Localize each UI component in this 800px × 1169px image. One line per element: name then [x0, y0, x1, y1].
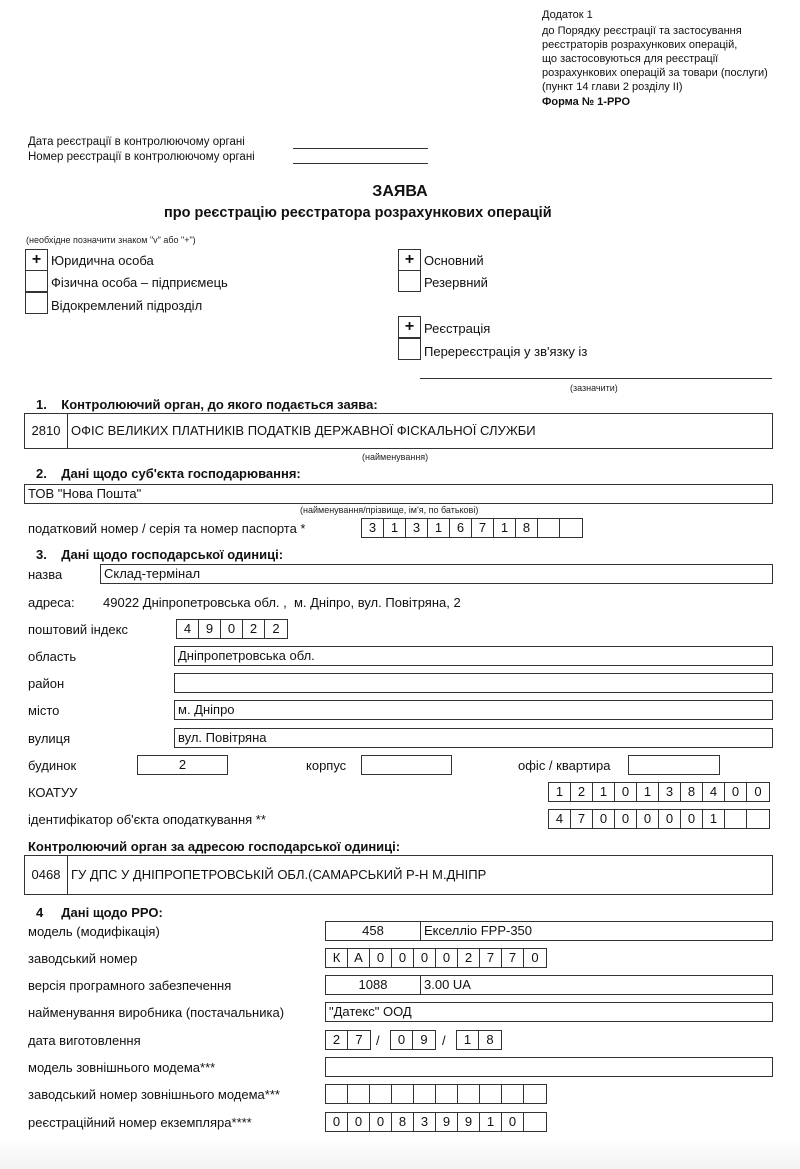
tax-number-label: податковий номер / серія та номер паспор…: [28, 521, 305, 536]
street-label: вулиця: [28, 731, 70, 746]
authority-code: 2810: [25, 414, 68, 448]
digit-cell[interactable]: [370, 1085, 392, 1103]
district-label: район: [28, 676, 64, 691]
local-authority-field[interactable]: 0468 ГУ ДПС У ДНІПРОПЕТРОВСЬКІЙ ОБЛ.(САМ…: [24, 855, 773, 895]
manufacturer-label: найменування виробника (постачальника): [28, 1005, 284, 1020]
digit-cell[interactable]: 1: [457, 1031, 479, 1049]
digit-cell[interactable]: 2: [326, 1031, 348, 1049]
unit-name-label: назва: [28, 567, 62, 582]
digit-cell[interactable]: [524, 1113, 546, 1131]
serial-label: заводський номер: [28, 951, 137, 966]
tax-number-cells[interactable]: 31316718: [361, 518, 583, 538]
digit-cell[interactable]: 0: [370, 1113, 392, 1131]
address-label: адреса:: [28, 595, 75, 610]
digit-cell[interactable]: 0: [392, 949, 414, 967]
digit-cell[interactable]: 8: [479, 1031, 501, 1049]
digit-cell[interactable]: 8: [516, 519, 538, 537]
region-label: область: [28, 649, 76, 664]
digit-cell[interactable]: 0: [370, 949, 392, 967]
appendix-line: до Порядку реєстрації та застосування: [542, 24, 772, 38]
object-id-cells[interactable]: 47000001: [548, 809, 770, 829]
rro-reserve-checkbox[interactable]: [398, 270, 421, 292]
entity-individual-label: Фізична особа – підприємець: [51, 275, 228, 290]
digit-cell[interactable]: [502, 1085, 524, 1103]
koatuu-label: КОАТУУ: [28, 785, 77, 800]
digit-cell[interactable]: 0: [502, 1113, 524, 1131]
software-label: версія програмного забезпечення: [28, 978, 231, 993]
street-field[interactable]: вул. Повітряна: [174, 728, 773, 748]
digit-cell[interactable]: [436, 1085, 458, 1103]
section3-title: 3. Дані щодо господарської одиниці:: [36, 547, 283, 562]
digit-cell[interactable]: 0: [637, 810, 659, 828]
digit-cell[interactable]: 1: [494, 519, 516, 537]
digit-cell[interactable]: [458, 1085, 480, 1103]
digit-cell[interactable]: 6: [450, 519, 472, 537]
model-code: 458: [326, 922, 421, 940]
digit-cell[interactable]: [348, 1085, 370, 1103]
digit-cell[interactable]: 0: [593, 810, 615, 828]
section4-title: 4 Дані щодо РРО:: [36, 905, 163, 920]
digit-cell[interactable]: А: [348, 949, 370, 967]
unit-name-field[interactable]: Склад-термінал: [100, 564, 773, 584]
digit-cell[interactable]: 0: [615, 810, 637, 828]
software-field[interactable]: 1088 3.00 UA: [325, 975, 773, 995]
digit-cell[interactable]: 9: [199, 620, 221, 638]
digit-cell[interactable]: 0: [524, 949, 546, 967]
controlling-authority-field[interactable]: 2810 ОФІС ВЕЛИКИХ ПЛАТНИКІВ ПОДАТКІВ ДЕР…: [24, 413, 773, 449]
office-label: офіс / квартира: [518, 758, 610, 773]
business-entity-name-field[interactable]: ТОВ "Нова Пошта": [24, 484, 773, 504]
model-name: Екселліо FPP-350: [421, 922, 532, 940]
registration-number-field[interactable]: [293, 163, 428, 164]
appendix-note: Додаток 1 до Порядку реєстрації та засто…: [542, 8, 772, 109]
digit-cell[interactable]: 1: [593, 783, 615, 801]
digit-cell[interactable]: 7: [502, 949, 524, 967]
digit-cell[interactable]: 0: [221, 620, 243, 638]
reg-number-label: реєстраційний номер екземпляра****: [28, 1115, 252, 1130]
action-registration-label: Реєстрація: [424, 321, 490, 336]
reregistration-reason-caption: (зазначити): [570, 383, 618, 393]
digit-cell[interactable]: 3: [414, 1113, 436, 1131]
office-field[interactable]: [628, 755, 720, 775]
authority-caption: (найменування): [362, 452, 428, 462]
digit-cell[interactable]: [725, 810, 747, 828]
registration-number-label: Номер реєстрації в контролюючому органі: [28, 150, 255, 164]
digit-cell[interactable]: 1: [637, 783, 659, 801]
registration-date-field[interactable]: [293, 148, 428, 149]
marking-instruction: (необхідне позначити знаком "v" або "+"): [26, 235, 196, 245]
digit-cell[interactable]: 2: [458, 949, 480, 967]
digit-cell[interactable]: 1: [384, 519, 406, 537]
appendix-line: реєстраторів розрахункових операцій,: [542, 38, 772, 52]
manufacturer-field[interactable]: "Датекс" ООД: [325, 1002, 773, 1022]
manufacture-date-label: дата виготовлення: [28, 1033, 141, 1048]
digit-cell[interactable]: 1: [549, 783, 571, 801]
postal-code-cells[interactable]: 49022: [176, 619, 288, 639]
business-entity-caption: (найменування/прізвище, ім'я, по батьков…: [300, 505, 478, 515]
digit-cell[interactable]: 4: [549, 810, 571, 828]
address-value: 49022 Дніпропетровська обл. , м. Дніпро,…: [103, 595, 461, 610]
building-label: корпус: [306, 758, 346, 773]
digit-cell[interactable]: [392, 1085, 414, 1103]
software-code: 1088: [326, 976, 421, 994]
digit-cell[interactable]: 0: [659, 810, 681, 828]
digit-cell[interactable]: 3: [406, 519, 428, 537]
digit-cell[interactable]: [414, 1085, 436, 1103]
region-field[interactable]: Дніпропетровська обл.: [174, 646, 773, 666]
appendix-line: що застосовуються для реєстрації: [542, 52, 772, 66]
digit-cell[interactable]: [326, 1085, 348, 1103]
entity-branch-checkbox[interactable]: [25, 292, 48, 314]
digit-cell[interactable]: 2: [571, 783, 593, 801]
entity-branch-label: Відокремлений підрозділ: [51, 298, 202, 313]
action-registration-checkbox[interactable]: +: [398, 316, 421, 338]
digit-cell[interactable]: [560, 519, 582, 537]
rro-reserve-label: Резервний: [424, 275, 488, 290]
modem-serial-cells[interactable]: [325, 1084, 547, 1104]
local-authority-name: ГУ ДПС У ДНІПРОПЕТРОВСЬКІЙ ОБЛ.(САМАРСЬК…: [68, 856, 486, 894]
digit-cell[interactable]: 3: [659, 783, 681, 801]
digit-cell[interactable]: 2: [243, 620, 265, 638]
house-field[interactable]: 2: [137, 755, 228, 775]
city-label: місто: [28, 703, 59, 718]
document-title: ЗАЯВА: [0, 183, 800, 201]
document-subtitle: про реєстрацію реєстратора розрахункових…: [164, 205, 552, 221]
koatuu-cells[interactable]: 1210138400: [548, 782, 770, 802]
digit-cell[interactable]: 0: [348, 1113, 370, 1131]
modem-serial-label: заводський номер зовнішнього модема***: [28, 1087, 280, 1102]
digit-cell[interactable]: 8: [392, 1113, 414, 1131]
date-separator: /: [442, 1033, 446, 1048]
model-field[interactable]: 458 Екселліо FPP-350: [325, 921, 773, 941]
serial-cells[interactable]: КА00002770: [325, 948, 547, 968]
manufacture-day-cells[interactable]: 27: [325, 1030, 371, 1050]
object-id-label: ідентифікатор об'єкта оподаткування **: [28, 812, 266, 827]
city-field[interactable]: м. Дніпро: [174, 700, 773, 720]
entity-individual-checkbox[interactable]: [25, 270, 48, 292]
section1-title: 1. Контролюючий орган, до якого подаєтьс…: [36, 397, 378, 412]
digit-cell[interactable]: 3: [362, 519, 384, 537]
digit-cell[interactable]: 0: [391, 1031, 413, 1049]
building-field[interactable]: [361, 755, 452, 775]
digit-cell[interactable]: 0: [615, 783, 637, 801]
registration-date-label: Дата реєстрації в контролюючому органі: [28, 135, 245, 149]
manufacture-month-cells[interactable]: 09: [390, 1030, 436, 1050]
digit-cell[interactable]: 7: [348, 1031, 370, 1049]
digit-cell[interactable]: [747, 810, 769, 828]
digit-cell[interactable]: 4: [177, 620, 199, 638]
reregistration-reason-field[interactable]: [420, 378, 772, 379]
digit-cell[interactable]: [524, 1085, 546, 1103]
local-authority-title: Контролюючий орган за адресою господарсь…: [28, 839, 400, 854]
appendix-line: (пункт 14 глави 2 розділу II): [542, 80, 772, 94]
appendix-line: Додаток 1: [542, 8, 772, 22]
digit-cell[interactable]: [480, 1085, 502, 1103]
model-label: модель (модифікація): [28, 924, 160, 939]
modem-model-label: модель зовнішнього модема***: [28, 1060, 215, 1075]
section2-title: 2. Дані щодо суб'єкта господарювання:: [36, 466, 301, 481]
digit-cell[interactable]: 0: [414, 949, 436, 967]
digit-cell[interactable]: 7: [571, 810, 593, 828]
digit-cell[interactable]: 7: [472, 519, 494, 537]
digit-cell[interactable]: 0: [326, 1113, 348, 1131]
manufacture-year-cells[interactable]: 18: [456, 1030, 502, 1050]
digit-cell[interactable]: 9: [413, 1031, 435, 1049]
date-separator: /: [376, 1033, 380, 1048]
digit-cell[interactable]: 9: [458, 1113, 480, 1131]
appendix-line: розрахункових операцій за товари (послуг…: [542, 66, 772, 80]
digit-cell[interactable]: 4: [703, 783, 725, 801]
action-reregistration-checkbox[interactable]: [398, 338, 421, 360]
software-version: 3.00 UA: [421, 976, 471, 994]
local-authority-code: 0468: [25, 856, 68, 894]
digit-cell[interactable]: [538, 519, 560, 537]
district-field[interactable]: [174, 673, 773, 693]
digit-cell[interactable]: 9: [436, 1113, 458, 1131]
digit-cell[interactable]: 0: [436, 949, 458, 967]
digit-cell[interactable]: 8: [681, 783, 703, 801]
digit-cell[interactable]: 1: [480, 1113, 502, 1131]
digit-cell[interactable]: 0: [681, 810, 703, 828]
rro-main-checkbox[interactable]: +: [398, 249, 421, 271]
action-reregistration-label: Перереєстрація у зв'язку із: [424, 344, 587, 359]
digit-cell[interactable]: 2: [265, 620, 287, 638]
digit-cell[interactable]: 1: [703, 810, 725, 828]
entity-legal-checkbox[interactable]: +: [25, 249, 48, 271]
house-label: будинок: [28, 758, 76, 773]
digit-cell[interactable]: 0: [747, 783, 769, 801]
page-bottom-shadow: [0, 1138, 800, 1169]
modem-model-field[interactable]: [325, 1057, 773, 1077]
reg-number-cells[interactable]: 000839910: [325, 1112, 547, 1132]
digit-cell[interactable]: К: [326, 949, 348, 967]
digit-cell[interactable]: 7: [480, 949, 502, 967]
digit-cell[interactable]: 1: [428, 519, 450, 537]
authority-name: ОФІС ВЕЛИКИХ ПЛАТНИКІВ ПОДАТКІВ ДЕРЖАВНО…: [68, 414, 536, 448]
rro-main-label: Основний: [424, 253, 484, 268]
postal-code-label: поштовий індекс: [28, 622, 128, 637]
entity-legal-label: Юридична особа: [51, 253, 154, 268]
digit-cell[interactable]: 0: [725, 783, 747, 801]
form-number: Форма № 1-РРО: [542, 95, 772, 109]
